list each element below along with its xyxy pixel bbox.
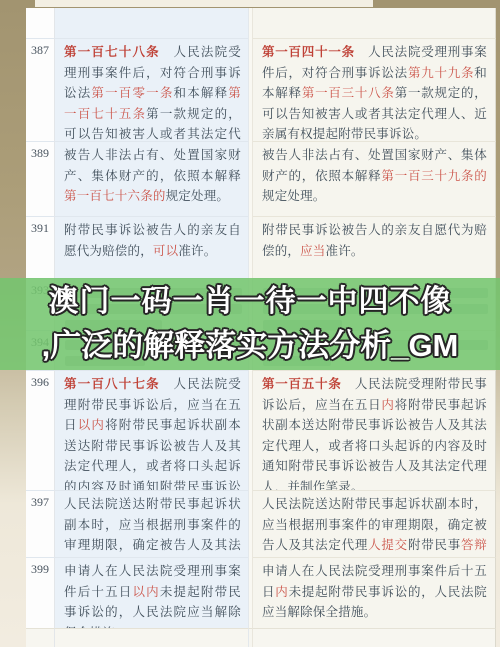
right-text-cell: 申请人在人民法院受理刑事案件后十五日内未提起附带民事诉讼的，人民法院应当解除保全… <box>253 557 496 628</box>
text-segment: 规定处理。 <box>166 189 230 203</box>
table-row: 389被告人非法占有、处置国家财产、集体财产的，依照本解释第一百七十六条的规定处… <box>26 141 496 216</box>
left-text-cell: 被告人非法占有、处置国家财产、集体财产的，依照本解释第一百七十六条的规定处理。 <box>55 141 248 216</box>
table-row: 399申请人在人民法院受理刑事案件后十五日以内未提起附带民事诉讼的，人民法院应当… <box>26 557 496 628</box>
text-segment: 第一百七十八条 <box>64 45 160 59</box>
text-segment: 被告人非法占有、处置国家财产、集体财产的，依照本解释 <box>64 148 241 183</box>
table-row: 387第一百七十八条 人民法院受理刑事案件后，对符合刑事诉讼法第一百零一条和本解… <box>26 38 496 141</box>
text-segment: 第一百八十七条 <box>64 377 160 391</box>
row-number: 396 <box>26 370 55 490</box>
text-segment: 准许。 <box>326 244 364 258</box>
left-text-cell: 附带民事诉讼被告人的亲友自愿代为赔偿的，可以准许。 <box>55 216 248 278</box>
row-number: 387 <box>26 38 55 141</box>
right-text-cell: 第一百四十一条 人民法院受理刑事案件后，对符合刑事诉讼法第九十九条和本解释第一百… <box>253 38 496 141</box>
text-segment: 第一百七十六条的 <box>64 189 166 203</box>
text-segment: 以内 <box>78 418 105 432</box>
table-row: 391附带民事诉讼被告人的亲友自愿代为赔偿的，可以准许。附带民事诉讼被告人的亲友… <box>26 216 496 278</box>
text-segment: 第一百四十一条 <box>262 45 355 59</box>
text-segment: 第一百零一条 <box>91 86 173 100</box>
right-text-cell: 被告人非法占有、处置国家财产、集体财产的，依照本解释第一百三十九条的规定处理。 <box>253 141 496 216</box>
text-segment: 应当 <box>300 244 325 258</box>
table-row: 397人民法院送达附带民事起诉状副本时，应当根据刑事案件的审理期限，确定被告人及… <box>26 490 496 557</box>
text-segment: 第九十九条 <box>408 66 474 80</box>
text-segment: 和本解释 <box>174 86 229 100</box>
text-segment: 附带民事诉讼被告人的亲友自愿代为赔偿的， <box>262 223 487 258</box>
right-text-cell: 第一百五十条 人民法院受理附带民事诉讼后，应当在五日内将附带民事起诉状副本送达附… <box>253 370 496 490</box>
right-text-cell <box>253 628 496 647</box>
left-text-cell <box>55 8 248 38</box>
watermark-line1: 澳门一码一肖一待一中四不像 <box>0 280 500 323</box>
text-segment: 准许。 <box>178 244 216 258</box>
right-text-cell: 人民法院送达附带民事起诉状副本时，应当根据刑事案件的审理期限，确定被告人及其法定… <box>253 490 496 557</box>
watermark-overlay: 澳门一码一肖一待一中四不像 ,广泛的解释落实方法分析_GM <box>0 278 500 370</box>
row-number: 399 <box>26 557 55 628</box>
text-segment: 附带民事 <box>408 538 461 552</box>
text-segment: 人提交 <box>368 538 408 552</box>
left-text-cell <box>55 628 248 647</box>
row-number: 397 <box>26 490 55 557</box>
text-segment: 内 <box>275 585 288 599</box>
text-segment: 以内 <box>132 585 159 599</box>
row-number: 389 <box>26 141 55 216</box>
text-segment: 可以 <box>153 244 178 258</box>
watermark-line2: ,广泛的解释落实方法分析_GM <box>0 323 500 368</box>
left-text-cell: 第一百八十七条 人民法院受理附带民事诉讼后，应当在五日以内将附带民事起诉状副本送… <box>55 370 248 490</box>
text-segment: 第一百三十九条的 <box>381 169 487 183</box>
row-number <box>26 628 55 647</box>
left-text-cell: 人民法院送达附带民事起诉状副本时，应当根据刑事案件的审理期限，确定被告人及其法定… <box>55 490 248 557</box>
row-number <box>26 8 55 38</box>
text-segment: 规定处理。 <box>262 189 326 203</box>
legal-comparison-page: 387第一百七十八条 人民法院受理刑事案件后，对符合刑事诉讼法第一百零一条和本解… <box>0 0 500 647</box>
left-text-cell: 第一百七十八条 人民法院受理刑事案件后，对符合刑事诉讼法第一百零一条和本解释第一… <box>55 38 248 141</box>
right-text-cell <box>253 8 496 38</box>
table-row <box>26 8 496 38</box>
left-text-cell: 申请人在人民法院受理刑事案件后十五日以内未提起附带民事诉讼的，人民法院应当解除保… <box>55 557 248 628</box>
top-page-strip <box>35 0 373 7</box>
text-segment: 第一百三十八条 <box>302 86 395 100</box>
text-segment: 第一百五十条 <box>262 377 342 391</box>
text-segment: 未提起附带民事诉讼的，人民法院应当解除保全措施。 <box>262 585 487 620</box>
table-row <box>26 628 496 647</box>
text-segment: 内 <box>381 398 394 412</box>
table-row: 396第一百八十七条 人民法院受理附带民事诉讼后，应当在五日以内将附带民事起诉状… <box>26 370 496 490</box>
row-number: 391 <box>26 216 55 278</box>
right-text-cell: 附带民事诉讼被告人的亲友自愿代为赔偿的，应当准许。 <box>253 216 496 278</box>
